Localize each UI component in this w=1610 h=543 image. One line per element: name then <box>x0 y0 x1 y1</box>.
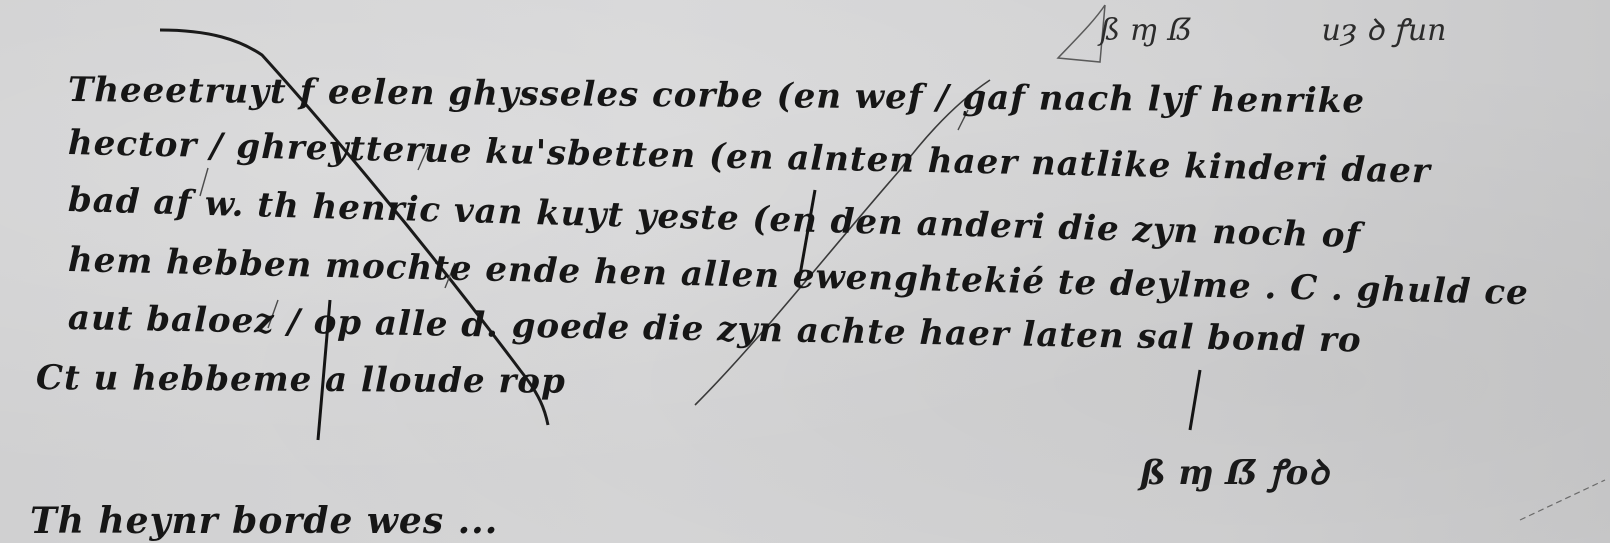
manuscript-line-6: Ct u hebbeme a lloude rop <box>36 358 566 402</box>
manuscript-page: ß ɱ ẞ uȝ ꝺ ꝭun Theeetruyt f eelen ghysse… <box>0 0 1610 543</box>
marginal-note-top-right: ß ɱ ẞ uȝ ꝺ ꝭun <box>1100 8 1446 49</box>
marginal-note-part: uȝ ꝺ ꝭun <box>1322 13 1447 48</box>
manuscript-bottom-line: Th heynr borde wes ... <box>30 500 498 542</box>
marginal-note-lower-right: ß ɱ ẞ ꝭoꝺ <box>1140 448 1329 494</box>
marginal-note-part: ß ɱ ẞ <box>1100 13 1192 48</box>
